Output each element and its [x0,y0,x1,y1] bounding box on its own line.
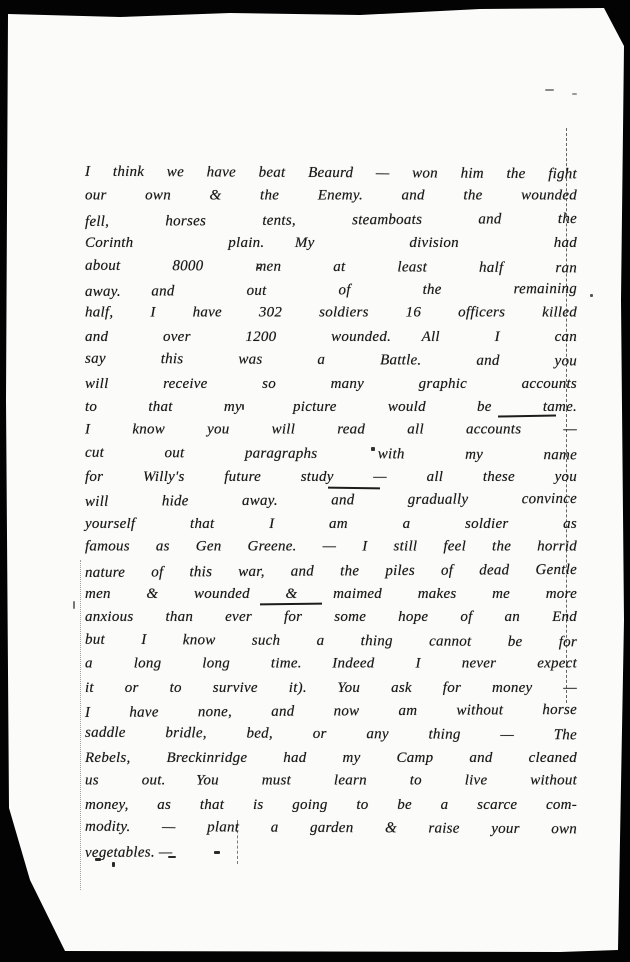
letter-line: I think we have beat Beaurd — won him th… [85,161,577,187]
letter-line: anxious than ever for some hope of an En… [85,606,577,629]
scan-speck [590,294,593,297]
letter-line: but I know such a thing cannot be for [85,629,577,655]
letter-line: and over 1200 wounded. All I can [85,326,577,349]
letter-line: men & wounded & maimed makes me more [85,583,577,606]
stray-ink-marks [112,862,115,867]
scan-speck [86,243,88,245]
letter-line: about 8000 men at least half ran [85,254,577,280]
letter-line: modity. — plant a garden & raise your ow… [85,816,577,842]
letter-line: yourself that I am a soldier as [85,513,577,536]
left-margin-crease [80,560,81,890]
stray-ink-marks [95,858,101,861]
handwritten-text-block: I think we have beat Beaurd — won him th… [85,162,577,864]
stray-ink-marks [214,851,220,854]
scan-speck [242,404,244,410]
letter-line: away. and out of the remaining [85,278,577,304]
letter-line: I know you will read all accounts — [85,419,577,442]
letter-line: Corinth plain. My division had [85,232,577,255]
scan-speck [371,447,375,451]
letter-line: half, I have 302 soldiers 16 officers ki… [85,302,577,325]
letter-line: Rebels, Breckinridge had my Camp and cle… [85,747,577,770]
letter-line: saddle bridle, bed, or any thing — The [85,722,577,748]
letter-line: money, as that is going to be a scarce c… [85,794,577,817]
letter-line: it or to survive it). You ask for money … [85,677,577,700]
letter-line: will hide away. and gradually convince [85,488,577,514]
letter-line: us out. You must learn to live without [85,770,577,793]
letter-line: say this was a Battle. and you [85,348,577,374]
letter-line: a long long time. Indeed I never expect [85,653,577,676]
letter-line: will receive so many graphic accounts [85,373,577,396]
letter-line: nature of this war, and the piles of dea… [85,559,577,585]
letter-line: our own & the Enemy. and the wounded [85,185,577,208]
stray-ink-marks [168,856,176,858]
letter-line: famous as Gen Greene. — I still feel the… [85,536,577,559]
scan-speck [545,89,554,91]
scan-speck [73,601,75,609]
scan-speck [256,267,261,269]
scanned-letter-page: I think we have beat Beaurd — won him th… [0,0,630,962]
letter-line: vegetables. — [85,839,577,865]
scan-speck [572,93,577,95]
letter-line: fell, horses tents, steamboats and the [85,208,577,234]
letter-line: cut out paragraphs with my name [85,441,577,467]
